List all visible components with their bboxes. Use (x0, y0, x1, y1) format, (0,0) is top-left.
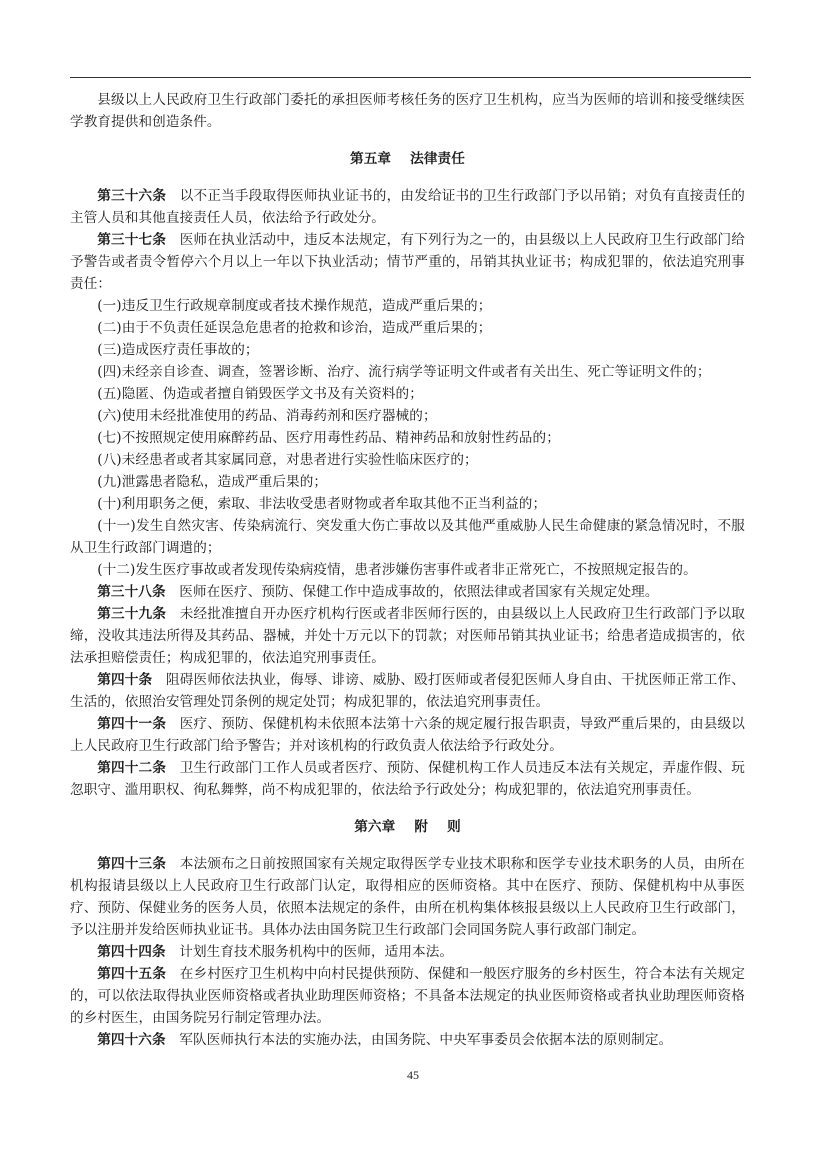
list-item: (四)未经亲自诊查、调查，签署诊断、治疗、流行病学等证明文件或者有关出生、死亡等… (70, 361, 745, 383)
article-41: 第四十一条医疗、预防、保健机构未依照本法第十六条的规定履行报告职责，导致严重后果… (70, 713, 745, 757)
article-text: 卫生行政部门工作人员或者医疗、预防、保健机构工作人员违反本法有关规定，弄虚作假、… (70, 760, 745, 798)
article-42: 第四十二条卫生行政部门工作人员或者医疗、预防、保健机构工作人员违反本法有关规定，… (70, 757, 745, 801)
list-item: (九)泄露患者隐私，造成严重后果的； (70, 471, 745, 493)
article-number: 第四十三条 (97, 856, 166, 872)
list-item: (三)造成医疗责任事故的； (70, 339, 745, 361)
article-45: 第四十五条在乡村医疗卫生机构中向村民提供预防、保健和一般医疗服务的乡村医生，符合… (70, 963, 745, 1029)
page-number: 45 (0, 1068, 826, 1083)
article-text: 在乡村医疗卫生机构中向村民提供预防、保健和一般医疗服务的乡村医生，符合本法有关规… (70, 966, 745, 1026)
chapter-6-heading: 第六章附则 (70, 816, 745, 838)
list-item: (六)使用未经批准使用的药品、消毒药剂和医疗器械的； (70, 405, 745, 427)
article-46: 第四十六条军队医师执行本法的实施办法，由国务院、中央军事委员会依据本法的原则制定… (70, 1029, 745, 1051)
chapter-6-number: 第六章 (354, 819, 395, 835)
article-text: 以不正当手段取得医师执业证书的，由发给证书的卫生行政部门予以吊销；对负有直接责任… (70, 188, 745, 226)
chapter-5-number: 第五章 (350, 151, 391, 167)
article-text: 阻碍医师依法执业，侮辱、诽谤、威胁、殴打医师或者侵犯医师人身自由、干扰医师正常工… (70, 672, 745, 710)
article-text: 医师在执业活动中，违反本法规定，有下列行为之一的，由县级以上人民政府卫生行政部门… (70, 232, 745, 292)
list-item: (二)由于不负责任延误急危患者的抢救和诊治，造成严重后果的； (70, 317, 745, 339)
article-number: 第三十六条 (97, 188, 166, 204)
article-number: 第三十九条 (97, 606, 166, 622)
article-number: 第四十六条 (97, 1032, 165, 1048)
list-item: (一)违反卫生行政规章制度或者技术操作规范，造成严重后果的； (70, 295, 745, 317)
article-36: 第三十六条以不正当手段取得医师执业证书的，由发给证书的卫生行政部门予以吊销；对负… (70, 185, 745, 229)
list-item: (七)不按照规定使用麻醉药品、医疗用毒性药品、精神药品和放射性药品的； (70, 427, 745, 449)
document-body: 县级以上人民政府卫生行政部门委托的承担医师考核任务的医疗卫生机构，应当为医师的培… (70, 89, 745, 1051)
article-number: 第四十一条 (97, 716, 166, 732)
list-item: (十一)发生自然灾害、传染病流行、突发重大伤亡事故以及其他严重威胁人民生命健康的… (70, 515, 745, 559)
article-number: 第三十七条 (97, 232, 166, 248)
chapter-6-title-part2: 则 (447, 819, 461, 835)
chapter-6-title-part1: 附 (414, 819, 428, 835)
chapter-5-title: 法律责任 (410, 151, 465, 167)
article-text: 本法颁布之日前按照国家有关规定取得医学专业技术职称和医学专业技术职务的人员，由所… (70, 856, 745, 938)
article-44: 第四十四条计划生育技术服务机构中的医师，适用本法。 (70, 941, 745, 963)
list-item: (十)利用职务之便，索取、非法收受患者财物或者牟取其他不正当利益的； (70, 493, 745, 515)
article-40: 第四十条阻碍医师依法执业，侮辱、诽谤、威胁、殴打医师或者侵犯医师人身自由、干扰医… (70, 669, 745, 713)
article-text: 军队医师执行本法的实施办法，由国务院、中央军事委员会依据本法的原则制定。 (179, 1032, 672, 1048)
article-number: 第四十四条 (97, 944, 165, 960)
article-number: 第四十五条 (97, 966, 166, 982)
article-number: 第四十条 (97, 672, 152, 688)
list-item: (五)隐匿、伪造或者擅自销毁医学文书及有关资料的； (70, 383, 745, 405)
chapter-5-heading: 第五章法律责任 (70, 148, 745, 170)
article-38: 第三十八条医师在医疗、预防、保健工作中造成事故的，依照法律或者国家有关规定处理。 (70, 581, 745, 603)
intro-paragraph: 县级以上人民政府卫生行政部门委托的承担医师考核任务的医疗卫生机构，应当为医师的培… (70, 89, 745, 133)
article-number: 第三十八条 (97, 584, 165, 600)
article-text: 医师在医疗、预防、保健工作中造成事故的，依照法律或者国家有关规定处理。 (179, 584, 658, 600)
article-text: 计划生育技术服务机构中的医师，适用本法。 (179, 944, 453, 960)
header-rule (70, 77, 751, 78)
article-43: 第四十三条本法颁布之日前按照国家有关规定取得医学专业技术职称和医学专业技术职务的… (70, 853, 745, 941)
article-number: 第四十二条 (97, 760, 166, 776)
list-item: (八)未经患者或者其家属同意，对患者进行实验性临床医疗的； (70, 449, 745, 471)
article-37: 第三十七条医师在执业活动中，违反本法规定，有下列行为之一的，由县级以上人民政府卫… (70, 229, 745, 295)
article-text: 医疗、预防、保健机构未依照本法第十六条的规定履行报告职责，导致严重后果的，由县级… (70, 716, 745, 754)
list-item: (十二)发生医疗事故或者发现传染病疫情，患者涉嫌伤害事件或者非正常死亡，不按照规… (70, 559, 745, 581)
article-39: 第三十九条未经批准擅自开办医疗机构行医或者非医师行医的，由县级以上人民政府卫生行… (70, 603, 745, 669)
article-text: 未经批准擅自开办医疗机构行医或者非医师行医的，由县级以上人民政府卫生行政部门予以… (70, 606, 745, 666)
